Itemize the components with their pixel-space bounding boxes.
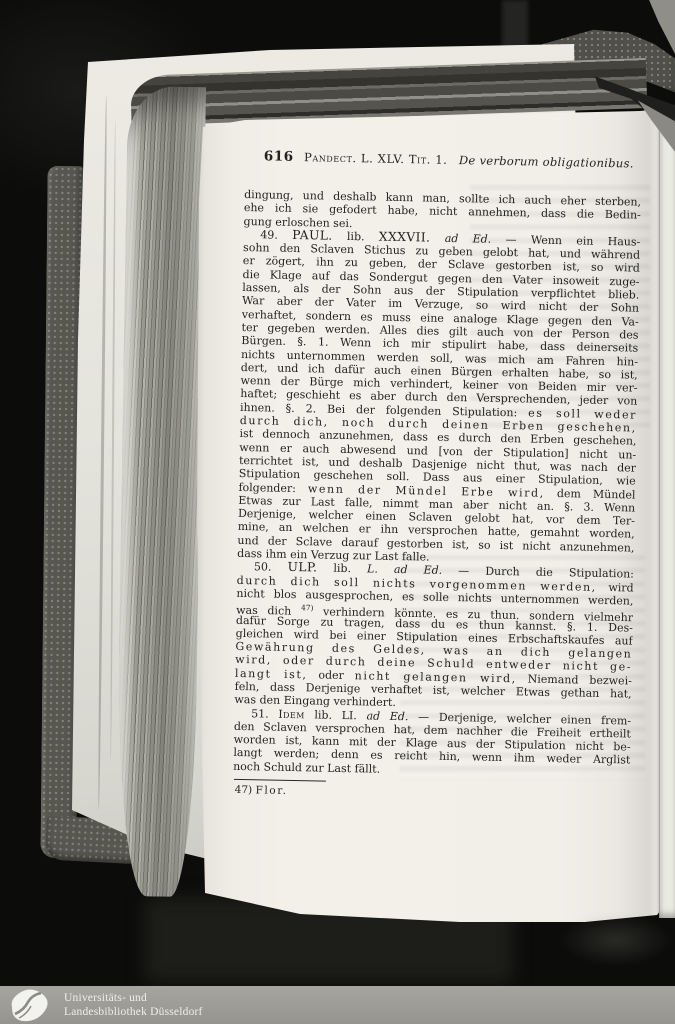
text-segment: lib. — [317, 562, 367, 576]
library-watermark-bar: Universitäts- und Landesbibliothek Düsse… — [0, 986, 675, 1024]
text-segment: 49. — [260, 228, 292, 242]
text-segment: ULP. — [287, 560, 317, 575]
text-segment: folgender: — [238, 480, 308, 494]
library-name-line2: Landesbibliothek Düsseldorf — [64, 1005, 203, 1019]
library-name-line1: Universitäts- und — [64, 991, 203, 1005]
text-segment: lib. LI. — [305, 708, 367, 722]
spine-end-shadow — [560, 914, 672, 966]
text-segment — [430, 231, 445, 244]
library-name: Universitäts- und Landesbibliothek Düsse… — [64, 991, 203, 1019]
page-stack-fore-edge — [115, 86, 206, 897]
text-segment: wird — [597, 580, 634, 594]
text-segment: XXXVII. — [379, 229, 431, 244]
page-number: 616 — [264, 148, 294, 165]
text-segment: ad Ed. — [445, 232, 492, 246]
text-segment: 50. — [254, 561, 288, 575]
text-segment: L. ad Ed. — [367, 563, 442, 577]
text-segment: ad Ed. — [366, 709, 408, 723]
text-segment: 47) — [235, 784, 256, 796]
text-segment: 51. — [251, 707, 278, 721]
page-text: 616 Pandect. L. XLV. Tit. 1. De verborum… — [233, 150, 642, 805]
running-title-latin: De verborum obligationibus. — [459, 153, 634, 170]
footnote-rule — [234, 779, 326, 782]
text-segment: oder — [307, 668, 354, 682]
text-segment: PAUL. — [292, 228, 333, 243]
text-segment: langt ist, — [235, 667, 308, 681]
text-segment: Idem — [278, 707, 305, 721]
text-segment: 47) — [301, 603, 314, 612]
library-logo-icon — [6, 987, 54, 1023]
next-page-edge — [659, 108, 675, 918]
text-segment: noch Schuld zur Last fällt. — [233, 760, 380, 776]
running-title: Pandect. L. XLV. Tit. 1. — [304, 150, 448, 167]
text-segment: Flor. — [255, 784, 287, 797]
text-segment: lib. — [333, 230, 379, 244]
body-text: dingung, und deshalb kann man, sollte ic… — [233, 188, 641, 781]
text-segment: dem Mündel — [545, 486, 636, 501]
book-scan-photo: 616 Pandect. L. XLV. Tit. 1. De verborum… — [0, 0, 675, 1024]
